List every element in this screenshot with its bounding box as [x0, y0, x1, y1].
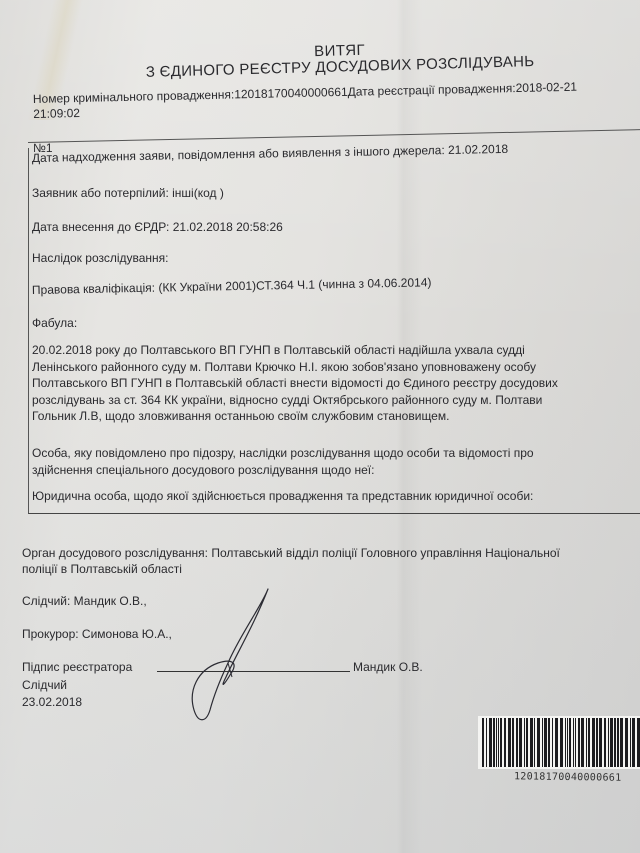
fabula-line: 20.02.2018 року до Полтавського ВП ГУНП … [32, 342, 632, 359]
barcode [478, 716, 640, 769]
legal-entity-field: Юридична особа, щодо якої здійснюється п… [32, 489, 533, 504]
case-number: 12018170040000661 [234, 85, 348, 102]
suspect-section: Особа, яку повідомлено про підозру, насл… [32, 445, 632, 478]
result-field: Наслідок розслідування: [32, 251, 169, 266]
authority-line: Орган досудового розслідування: Полтавсь… [22, 545, 560, 561]
applicant-label: Заявник або потерпілий: [32, 186, 169, 200]
fabula-line: розслідувань за ст. 364 КК україни, відн… [32, 392, 632, 409]
registrar-signature-label: Підпис реєстратора [22, 660, 132, 674]
erdr-date-value: 21.02.2018 20:58:26 [173, 220, 283, 234]
applicant-field: Заявник або потерпілий: інші(код ) [32, 186, 224, 201]
suspect-line: Особа, яку повідомлено про підозру, насл… [32, 445, 632, 462]
document-title: ВИТЯГ З ЄДИНОГО РЕЄСТРУ ДОСУДОВИХ РОЗСЛІ… [0, 35, 640, 85]
investigator: Слідчий: Мандик О.В., [22, 594, 147, 608]
registrar-name: Мандик О.В. [353, 660, 423, 674]
suspect-line: здійснення спеціального досудового розсл… [32, 462, 632, 479]
registrar-role: Слідчий [22, 678, 67, 692]
case-header: Номер кримінального провадження:12018170… [33, 78, 640, 122]
prosecutor: Прокурор: Симонова Ю.А., [22, 627, 172, 641]
handwritten-signature [170, 585, 290, 725]
receipt-date-value: 21.02.2018 [448, 142, 508, 157]
fabula-text: 20.02.2018 року до Полтавського ВП ГУНП … [32, 342, 632, 425]
registration-date: 2018-02-21 [515, 80, 577, 95]
investigation-authority: Орган досудового розслідування: Полтавсь… [22, 545, 560, 577]
erdr-date-label: Дата внесення до ЄРДР: [32, 220, 169, 234]
signed-date: 23.02.2018 [22, 695, 82, 709]
fabula-line: Ленінського районного суду м. Полтави Кр… [32, 359, 632, 376]
fabula-line: Гольник Л.В, щодо зловживання останньою … [32, 408, 632, 425]
fabula-label: Фабула: [32, 316, 77, 331]
applicant-value: інші(код ) [172, 186, 224, 200]
table-top-border [28, 129, 640, 143]
fabula-line: Полтавського ВП ГУНП в Полтавській облас… [32, 375, 632, 392]
authority-line: поліції в Полтавській області [22, 561, 560, 577]
barcode-number: 12018170040000661 [514, 771, 622, 783]
erdr-date-field: Дата внесення до ЄРДР: 21.02.2018 20:58:… [32, 220, 283, 235]
registration-date-label: Дата реєстрації провадження: [348, 81, 516, 99]
legal-qualification-label: Правова кваліфікація: [32, 281, 155, 297]
